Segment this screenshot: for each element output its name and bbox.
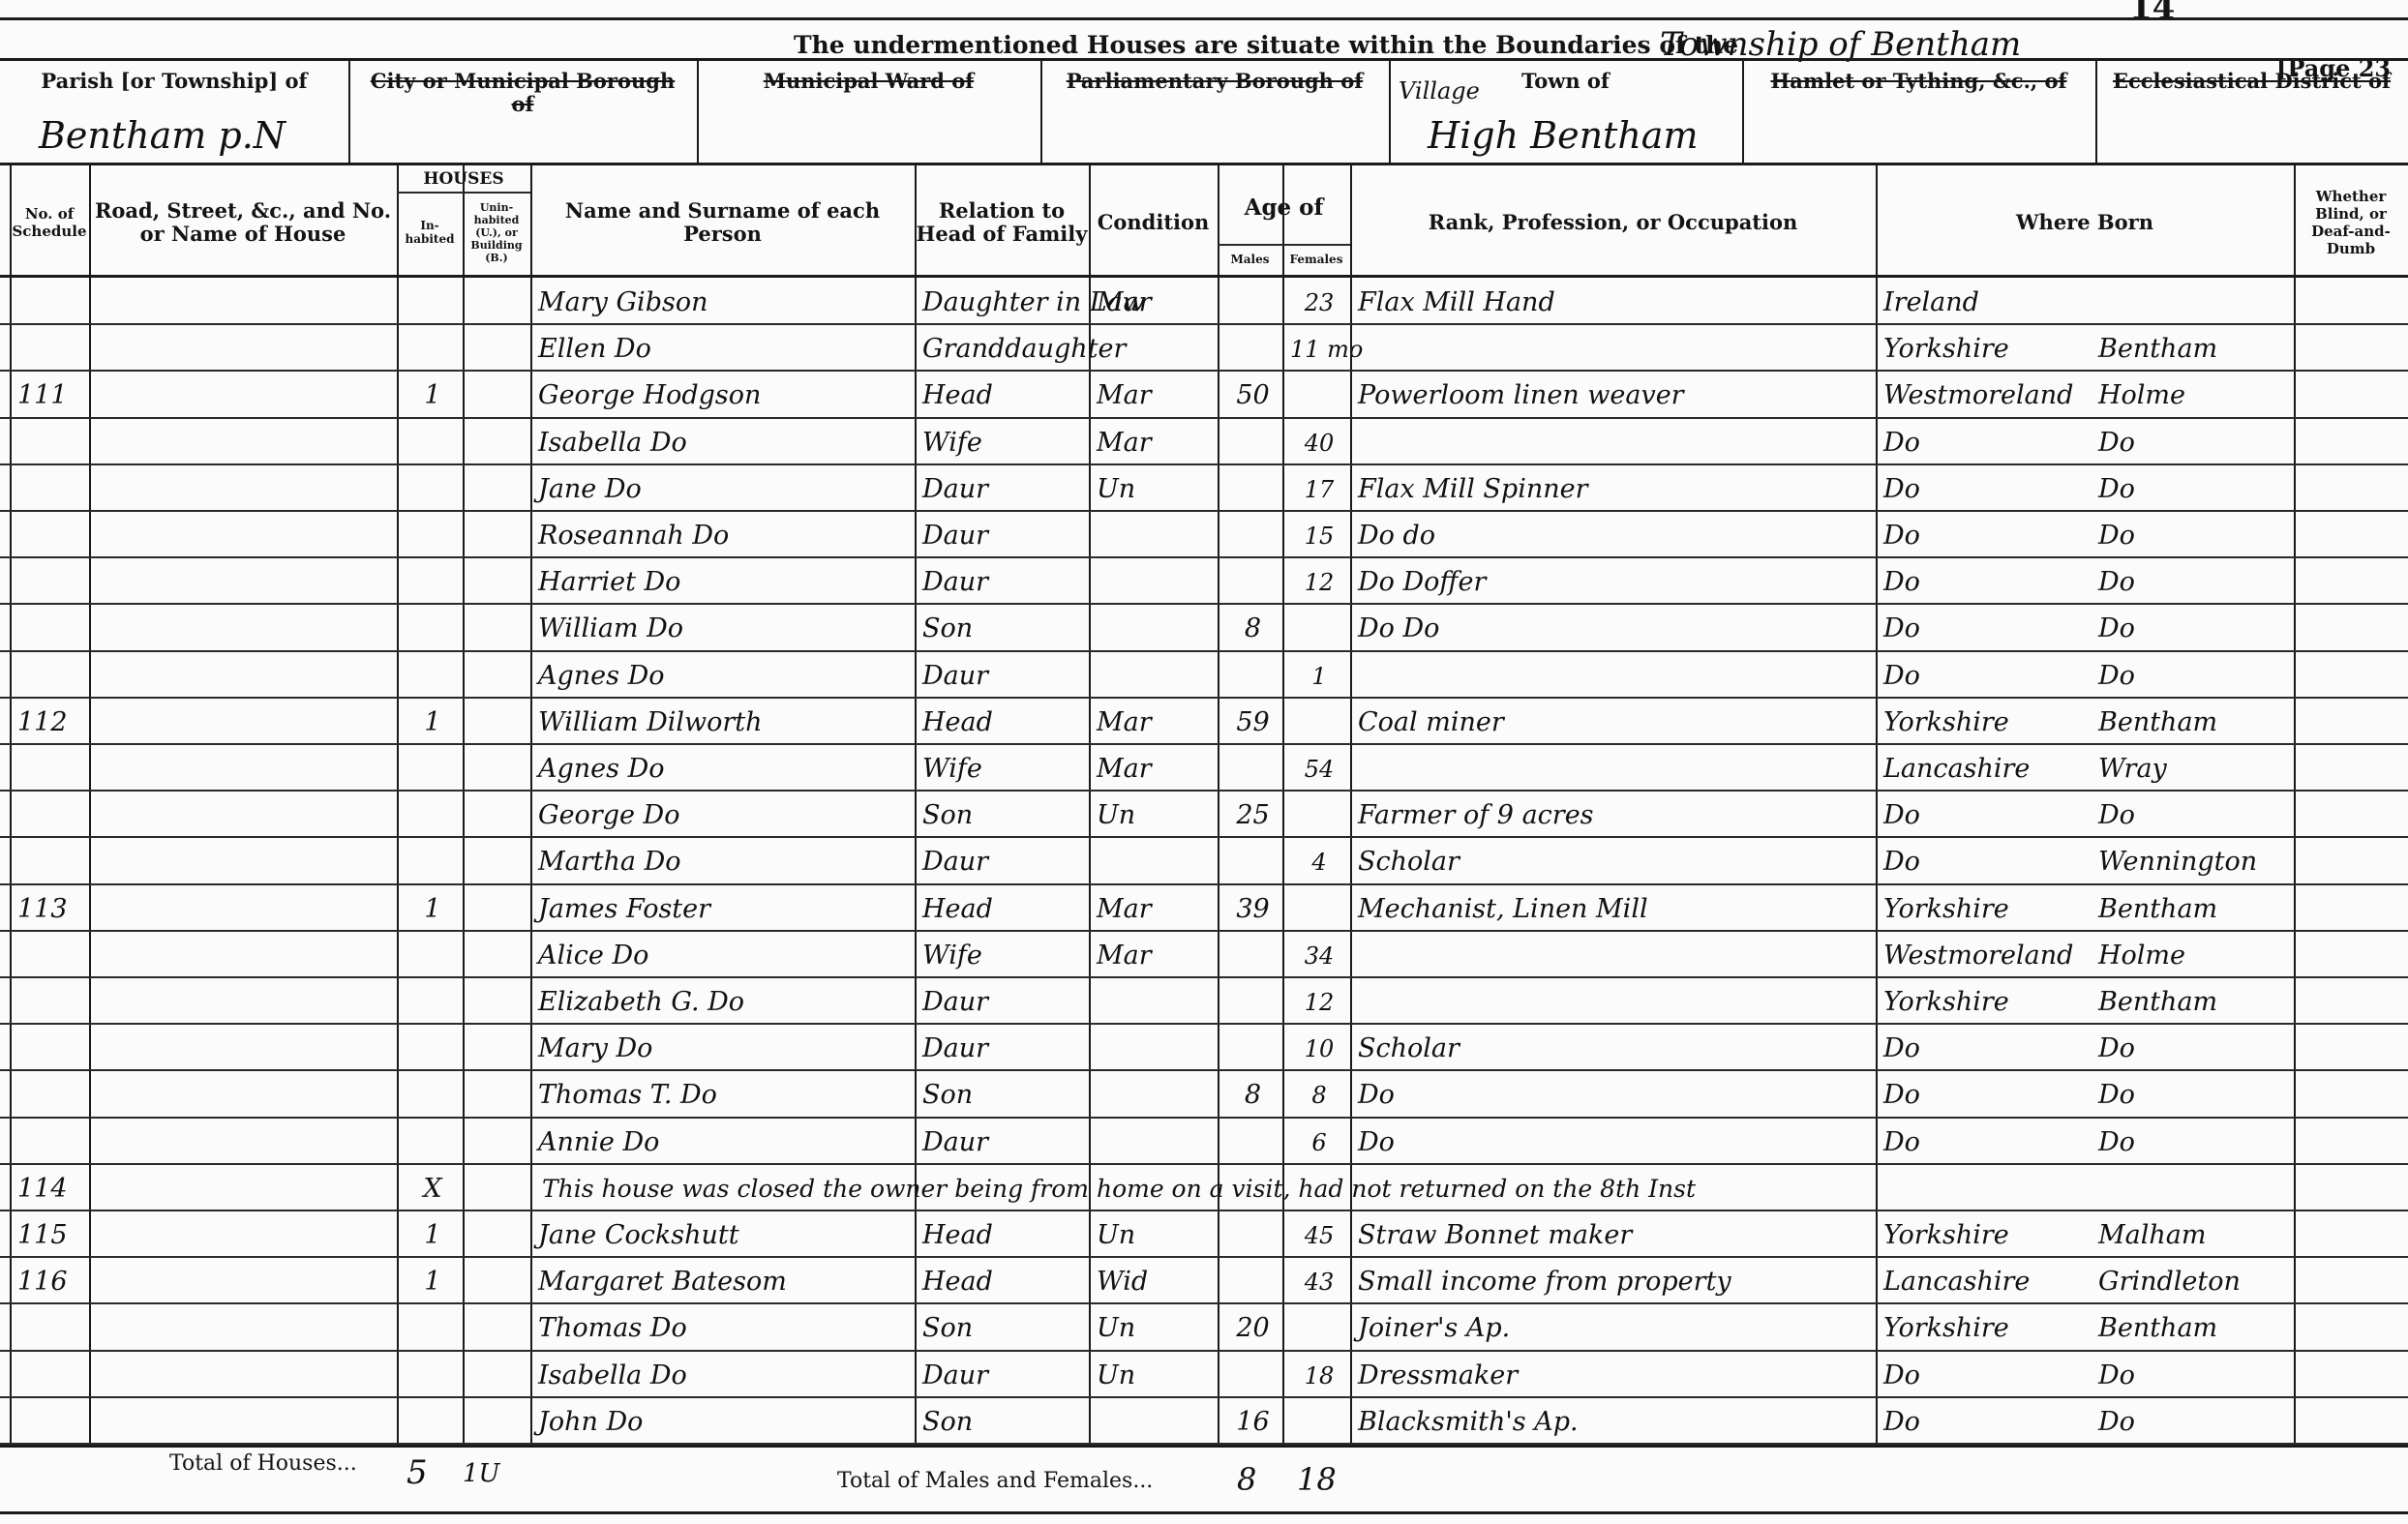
divider [2095,58,2097,163]
birthplace-town: Do [2098,662,2292,691]
row-rule [0,697,2408,699]
person-name: Alice Do [538,941,913,971]
birthplace-county: Westmoreland [1883,941,2089,971]
age-female: 11 mo [1290,335,1348,364]
person-name: Ellen Do [538,335,913,364]
admin-label-6: Ecclesiastical District of [2105,70,2398,93]
table-row: Mary DoDaur10ScholarDoDo [0,1025,2408,1071]
occupation: Dressmaker [1358,1361,1874,1390]
birthplace-county: Yorkshire [1883,988,2089,1017]
birthplace-town: Wray [2098,755,2292,784]
person-name: Margaret Batesom [538,1268,913,1297]
table-row: William DoSon8Do DoDoDo [0,605,2408,651]
marital-condition: Mar [1097,941,1216,971]
admin-prefix-4: Village [1399,77,1480,105]
age-female: 43 [1290,1268,1348,1297]
folio-number: 14 [2129,0,2175,27]
person-name: Annie Do [538,1128,913,1157]
occupation: Scholar [1358,848,1874,877]
birthplace-county: Do [1883,1361,2089,1390]
birthplace-town: Bentham [2098,895,2292,924]
rule [0,17,2408,20]
person-name: Roseannah Do [538,522,913,551]
occupation: Blacksmith's Ap. [1358,1408,1874,1437]
admin-value-4: High Bentham [1428,114,1699,157]
column-divider [1282,164,1284,1447]
relation-to-head: Son [922,614,1087,643]
occupation: Small income from property [1358,1268,1874,1297]
birthplace-town: Do [2098,801,2292,830]
birthplace-county: Do [1883,1081,2089,1110]
relation-to-head: Son [922,1314,1087,1343]
marital-condition: Mar [1097,708,1216,737]
birthplace-town: Do [2098,1128,2292,1157]
age-female: 15 [1290,522,1348,551]
table-row: Alice DoWifeMar34WestmorelandHolme [0,932,2408,978]
table-row: 1151Jane CockshuttHeadUn45Straw Bonnet m… [0,1211,2408,1258]
total-uninhabited-value: 1U [463,1459,499,1488]
relation-to-head: Granddaughter [922,335,1087,364]
schedule-number: 112 [17,708,87,737]
table-row: George DoSonUn25Farmer of 9 acresDoDo [0,792,2408,838]
relation-to-head: Daur [922,522,1087,551]
row-rule [0,976,2408,978]
row-rule [0,1023,2408,1025]
birthplace-county: Do [1883,662,2089,691]
divider [348,58,350,163]
person-name: George Do [538,801,913,830]
birthplace-county: Yorkshire [1883,1314,2089,1343]
table-row: 1161Margaret BatesomHeadWid43Small incom… [0,1258,2408,1304]
person-name: Isabella Do [538,1361,913,1390]
column-divider [10,164,12,1447]
birthplace-county: Do [1883,801,2089,830]
age-male: 16 [1225,1408,1280,1437]
age-male: 20 [1225,1314,1280,1343]
occupation: Mechanist, Linen Mill [1358,895,1874,924]
inhabited-count: 1 [405,895,461,924]
person-name: Thomas T. Do [538,1081,913,1110]
birthplace-county: Lancashire [1883,755,2089,784]
birthplace-county: Do [1883,568,2089,597]
table-row: Agnes DoWifeMar54LancashireWray [0,745,2408,792]
table-row: 1111George HodgsonHeadMar50Powerloom lin… [0,372,2408,418]
column-divider [1350,164,1352,1447]
header-occupation: Rank, Profession, or Occupation [1350,169,1876,276]
relation-to-head: Wife [922,941,1087,971]
rule [0,58,2408,61]
schedule-number: 116 [17,1268,87,1297]
birthplace-town: Do [2098,614,2292,643]
relation-to-head: Head [922,895,1087,924]
row-rule [0,1069,2408,1071]
header-females: Females [1282,246,1350,273]
birthplace-town: Holme [2098,381,2292,410]
age-male: 59 [1225,708,1280,737]
occupation: Do [1358,1128,1874,1157]
table-row: Thomas T. DoSon88DoDoDo [0,1071,2408,1118]
column-divider [2294,164,2296,1447]
row-rule [0,323,2408,325]
person-name: Mary Gibson [538,288,913,317]
birthplace-town: Malham [2098,1221,2292,1250]
row-rule [0,650,2408,652]
relation-to-head: Daur [922,1361,1087,1390]
table-row: Thomas DoSonUn20Joiner's Ap.YorkshireBen… [0,1304,2408,1351]
row-rule [0,1210,2408,1211]
column-divider [1876,164,1878,1447]
row-rule [0,370,2408,372]
header-males: Males [1218,246,1282,273]
birthplace-county: Do [1883,1408,2089,1437]
relation-to-head: Daur [922,988,1087,1017]
header-condition: Condition [1089,169,1218,276]
birthplace-county: Do [1883,475,2089,504]
marital-condition: Un [1097,801,1216,830]
table-row: 114XThis house was closed the owner bein… [0,1165,2408,1211]
birthplace-town: Do [2098,1408,2292,1437]
birthplace-county: Westmoreland [1883,381,2089,410]
person-name: Martha Do [538,848,913,877]
rule [0,1511,2408,1514]
total-houses-label: Total of Houses... [169,1451,357,1476]
row-rule [0,463,2408,465]
age-female: 8 [1290,1081,1348,1110]
age-female: 10 [1290,1034,1348,1063]
column-divider [1218,164,1219,1447]
column-divider [530,164,532,1447]
inhabited-count: 1 [405,708,461,737]
header-relation: Relation to Head of Family [915,169,1089,276]
occupation: Farmer of 9 acres [1358,801,1874,830]
table-row: John DoSon16Blacksmith's Ap.DoDo [0,1398,2408,1445]
birthplace-town: Do [2098,429,2292,458]
person-name: Jane Cockshutt [538,1221,913,1250]
marital-condition: Mar [1097,381,1216,410]
table-row: Elizabeth G. DoDaur12YorkshireBentham [0,978,2408,1025]
divider [697,58,699,163]
header-blind: Whether Blind, or Deaf-and-Dumb [2294,169,2408,276]
birthplace-town: Bentham [2098,335,2292,364]
total-males-value: 8 [1237,1461,1256,1498]
row-rule [0,1256,2408,1258]
age-male: 39 [1225,895,1280,924]
age-male: 8 [1225,1081,1280,1110]
schedule-number: 114 [17,1175,87,1204]
occupation: Powerloom linen weaver [1358,381,1874,410]
marital-condition: Mar [1097,288,1216,317]
inhabited-count: 1 [405,381,461,410]
row-rule [0,556,2408,558]
birthplace-town: Bentham [2098,708,2292,737]
age-female: 4 [1290,848,1348,877]
header-schedule: No. of Schedule [10,169,89,276]
boundary-statement: The undermentioned Houses are situate wi… [794,31,1738,59]
birthplace-county: Yorkshire [1883,708,2089,737]
row-rule [0,603,2408,605]
admin-label-2: Municipal Ward of [707,70,1031,93]
table-row: Martha DoDaur4ScholarDoWennington [0,838,2408,884]
row-rule [0,930,2408,932]
row-rule [0,790,2408,792]
marital-condition: Mar [1097,429,1216,458]
birthplace-town: Bentham [2098,988,2292,1017]
header-born: Where Born [1876,169,2294,276]
note-text: This house was closed the owner being fr… [542,1175,1696,1204]
birthplace-county: Do [1883,429,2089,458]
age-female: 12 [1290,988,1348,1017]
person-name: Jane Do [538,475,913,504]
header-inhabited: In-habited [397,194,463,271]
birthplace-town: Do [2098,1034,2292,1063]
relation-to-head: Daur [922,848,1087,877]
age-female: 45 [1290,1221,1348,1250]
census-page: 14 The undermentioned Houses are situate… [0,0,2408,1524]
age-female: 18 [1290,1361,1348,1390]
total-persons-label: Total of Males and Females... [837,1469,1153,1493]
marital-condition: Un [1097,475,1216,504]
birthplace-county: Do [1883,1128,2089,1157]
row-rule [0,743,2408,745]
age-female: 12 [1290,568,1348,597]
table-row: Annie DoDaur6DoDoDo [0,1119,2408,1165]
birthplace-town: Wennington [2098,848,2292,877]
row-rule [0,1443,2408,1445]
age-female: 54 [1290,755,1348,784]
occupation: Joiner's Ap. [1358,1314,1874,1343]
birthplace-town: Do [2098,522,2292,551]
row-rule [0,1117,2408,1119]
total-females-value: 18 [1297,1461,1337,1498]
age-female: 23 [1290,288,1348,317]
relation-to-head: Head [922,1221,1087,1250]
relation-to-head: Head [922,381,1087,410]
table-row: Ellen DoGranddaughter11 moYorkshireBenth… [0,325,2408,372]
marital-condition: Mar [1097,895,1216,924]
person-name: Isabella Do [538,429,913,458]
occupation: Straw Bonnet maker [1358,1221,1874,1250]
rule [397,192,530,194]
inhabited-count: 1 [405,1221,461,1250]
person-name: John Do [538,1408,913,1437]
marital-condition: Mar [1097,755,1216,784]
column-divider [915,164,917,1447]
birthplace-county: Do [1883,1034,2089,1063]
header-road: Road, Street, &c., and No. or Name of Ho… [89,169,397,276]
occupation: Scholar [1358,1034,1874,1063]
occupation: Do [1358,1081,1874,1110]
relation-to-head: Daur [922,1034,1087,1063]
row-rule [0,1302,2408,1304]
marital-condition: Un [1097,1221,1216,1250]
column-divider [463,164,465,1447]
schedule-number: 113 [17,895,87,924]
occupation: Flax Mill Hand [1358,288,1874,317]
rule [0,163,2408,165]
relation-to-head: Wife [922,755,1087,784]
birthplace-county: Yorkshire [1883,1221,2089,1250]
inhabited-count: 1 [405,1268,461,1297]
relation-to-head: Head [922,708,1087,737]
table-row: Agnes DoDaur1DoDo [0,652,2408,699]
relation-to-head: Son [922,1081,1087,1110]
header-uninhabited: Unin-habited (U.), or Building (B.) [463,194,530,271]
relation-to-head: Head [922,1268,1087,1297]
table-row: Jane DoDaurUn17Flax Mill SpinnerDoDo [0,465,2408,512]
rule [1218,244,1350,246]
relation-to-head: Daur [922,662,1087,691]
table-row: Mary GibsonDaughter in LawMar23Flax Mill… [0,279,2408,325]
column-divider [1089,164,1091,1447]
birthplace-county: Do [1883,614,2089,643]
divider [1040,58,1042,163]
person-name: William Do [538,614,913,643]
person-name: Agnes Do [538,755,913,784]
person-name: Agnes Do [538,662,913,691]
admin-label-1: City or Municipal Borough of [358,70,687,116]
birthplace-town: Do [2098,1081,2292,1110]
occupation: Flax Mill Spinner [1358,475,1874,504]
birthplace-county: Yorkshire [1883,335,2089,364]
relation-to-head: Daughter in Law [922,288,1087,317]
occupation: Do Doffer [1358,568,1874,597]
table-row: 1121William DilworthHeadMar59Coal minerY… [0,699,2408,745]
table-row: Harriet DoDaur12Do DofferDoDo [0,558,2408,605]
age-female: 34 [1290,941,1348,971]
birthplace-county: Do [1883,522,2089,551]
column-divider [397,164,399,1447]
birthplace-town: Bentham [2098,1314,2292,1343]
table-row: Roseannah DoDaur15Do doDoDo [0,512,2408,558]
admin-label-5: Hamlet or Tything, &c., of [1752,70,2086,93]
birthplace-town: Holme [2098,941,2292,971]
age-male: 50 [1225,381,1280,410]
divider [1389,58,1391,163]
relation-to-head: Wife [922,429,1087,458]
table-row: Isabella DoWifeMar40DoDo [0,419,2408,465]
marital-condition: Un [1097,1314,1216,1343]
rule [0,275,2408,278]
row-rule [0,1163,2408,1165]
relation-to-head: Son [922,1408,1087,1437]
age-male: 25 [1225,801,1280,830]
age-female: 1 [1290,662,1348,691]
relation-to-head: Daur [922,568,1087,597]
birthplace-town: Do [2098,475,2292,504]
row-rule [0,1396,2408,1398]
relation-to-head: Son [922,801,1087,830]
person-name: Harriet Do [538,568,913,597]
person-name: Thomas Do [538,1314,913,1343]
person-name: Mary Do [538,1034,913,1063]
column-divider [89,164,91,1447]
occupation: Do Do [1358,614,1874,643]
row-rule [0,510,2408,512]
admin-value-0: Bentham p.N [39,114,286,157]
header-name: Name and Surname of each Person [530,169,915,276]
birthplace-county: Yorkshire [1883,895,2089,924]
schedule-number: 115 [17,1221,87,1250]
person-name: George Hodgson [538,381,913,410]
person-name: James Foster [538,895,913,924]
occupation: Do do [1358,522,1874,551]
row-rule [0,836,2408,838]
relation-to-head: Daur [922,1128,1087,1157]
marital-condition: Wid [1097,1268,1216,1297]
table-row: 1131James FosterHeadMar39Mechanist, Line… [0,885,2408,932]
person-name: William Dilworth [538,708,913,737]
row-rule [0,417,2408,419]
admin-label-3: Parliamentary Borough of [1050,70,1379,93]
age-male: 8 [1225,614,1280,643]
birthplace-county: Ireland [1883,288,2089,317]
birthplace-town: Do [2098,1361,2292,1390]
birthplace-town: Grindleton [2098,1268,2292,1297]
age-female: 40 [1290,429,1348,458]
occupation: Coal miner [1358,708,1874,737]
uninhabited-mark: X [405,1175,461,1204]
total-houses-value: 5 [406,1453,428,1492]
age-female: 6 [1290,1128,1348,1157]
relation-to-head: Daur [922,475,1087,504]
birthplace-town: Do [2098,568,2292,597]
schedule-number: 111 [17,381,87,410]
marital-condition: Un [1097,1361,1216,1390]
birthplace-county: Lancashire [1883,1268,2089,1297]
table-row: Isabella DoDaurUn18DressmakerDoDo [0,1352,2408,1398]
person-name: Elizabeth G. Do [538,988,913,1017]
divider [1742,58,1744,163]
row-rule [0,883,2408,885]
admin-label-0: Parish [or Township] of [10,70,339,93]
row-rule [0,1350,2408,1352]
age-female: 17 [1290,475,1348,504]
birthplace-county: Do [1883,848,2089,877]
